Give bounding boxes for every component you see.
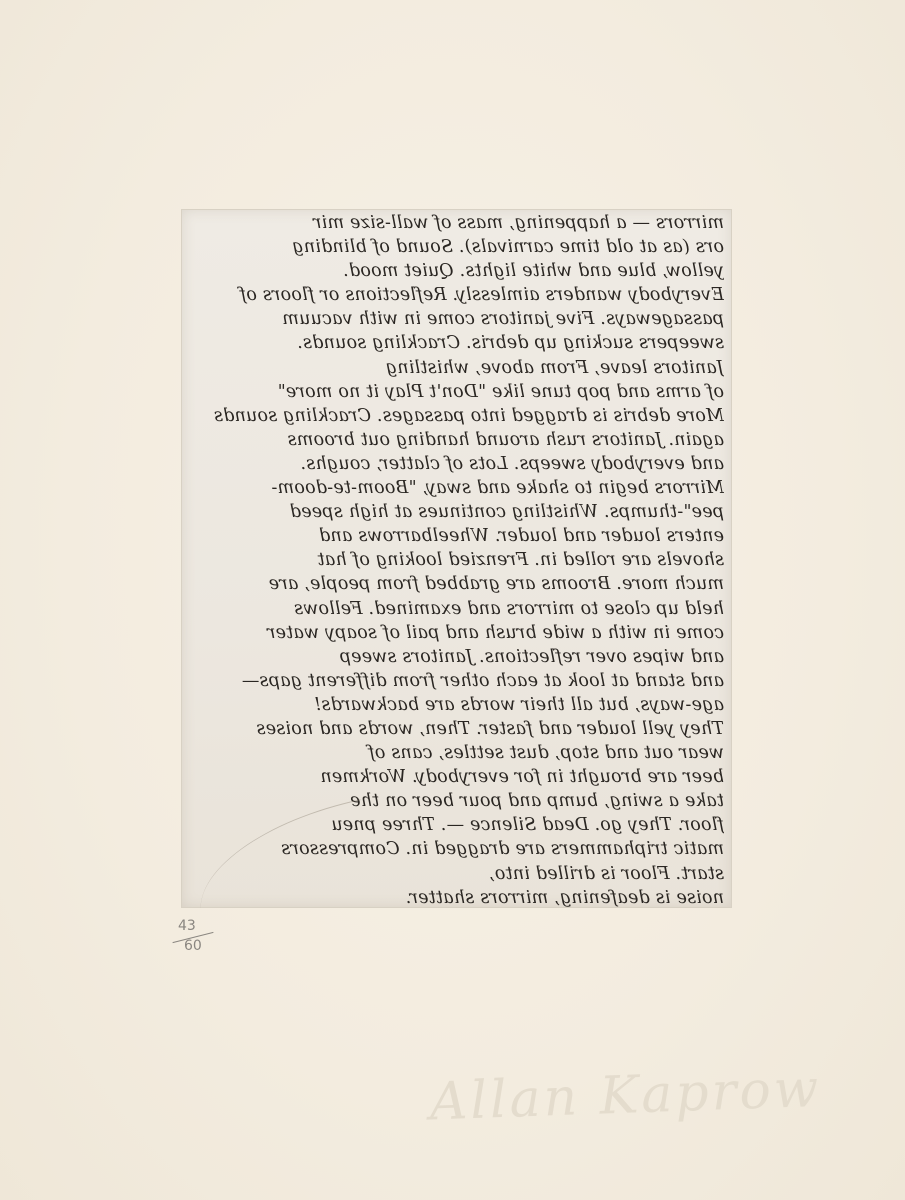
edition-total: 60 (184, 938, 202, 954)
text-line: age-ways, but all their words are backwa… (189, 693, 724, 717)
text-line: shovels are rolled in. Frenzied looking … (189, 548, 724, 572)
text-line: beer are brought in for everybody. Workm… (189, 765, 724, 789)
text-line: come in with a wide brush and pail of so… (189, 621, 724, 645)
text-line: mirrors — a happening, mass of wall-size… (189, 211, 724, 235)
text-line: and wipes over reflections. Janitors swe… (189, 645, 724, 669)
text-line: much more. Brooms are grabbed from peopl… (189, 572, 724, 596)
edition-number-value: 43 (178, 918, 196, 934)
artist-signature: Allan Kaprow (429, 1058, 862, 1153)
text-line: wear out and stop, dust settles, cans of (189, 741, 724, 765)
paper-sheet: mirrors — a happening, mass of wall-size… (0, 0, 905, 1200)
text-line: held up close to mirrors and examined. F… (189, 597, 724, 621)
text-line: Everybody wanders aimlessly. Reflections… (189, 283, 724, 307)
text-line: Mirrors begin to shake and sway, "Boom-t… (189, 476, 724, 500)
etching-plate: mirrors — a happening, mass of wall-size… (181, 209, 732, 908)
handwritten-text-block: mirrors — a happening, mass of wall-size… (189, 211, 724, 908)
text-line: enters louder and louder. Wheelbarrows a… (189, 524, 724, 548)
text-line: sweepers sucking up debris. Crackling so… (189, 331, 724, 355)
text-line: and stand at look at each other from dif… (189, 669, 724, 693)
text-line: take a swing, bump and pour beer on the (189, 789, 724, 813)
text-line: ors (as at old time carnivals). Sound of… (189, 235, 724, 259)
text-line: More debris is dragged into passages. Cr… (189, 404, 724, 428)
text-line: passageways. Five janitors come in with … (189, 307, 724, 331)
text-line: again. Janitors rush around handing out … (189, 428, 724, 452)
text-line: yellow, blue and white lights. Quiet moo… (189, 259, 724, 283)
text-line: They yell louder and faster. Then, words… (189, 717, 724, 741)
text-line: and everybody sweeps. Lots of clatter, c… (189, 452, 724, 476)
text-line: of arms and pop tune like "Don't Play it… (189, 380, 724, 404)
edition-number: 43 60 (170, 918, 210, 958)
text-line: pee"-thumps. Whistling continues at high… (189, 500, 724, 524)
text-line: Janitors leave, From above, whistling (189, 356, 724, 380)
